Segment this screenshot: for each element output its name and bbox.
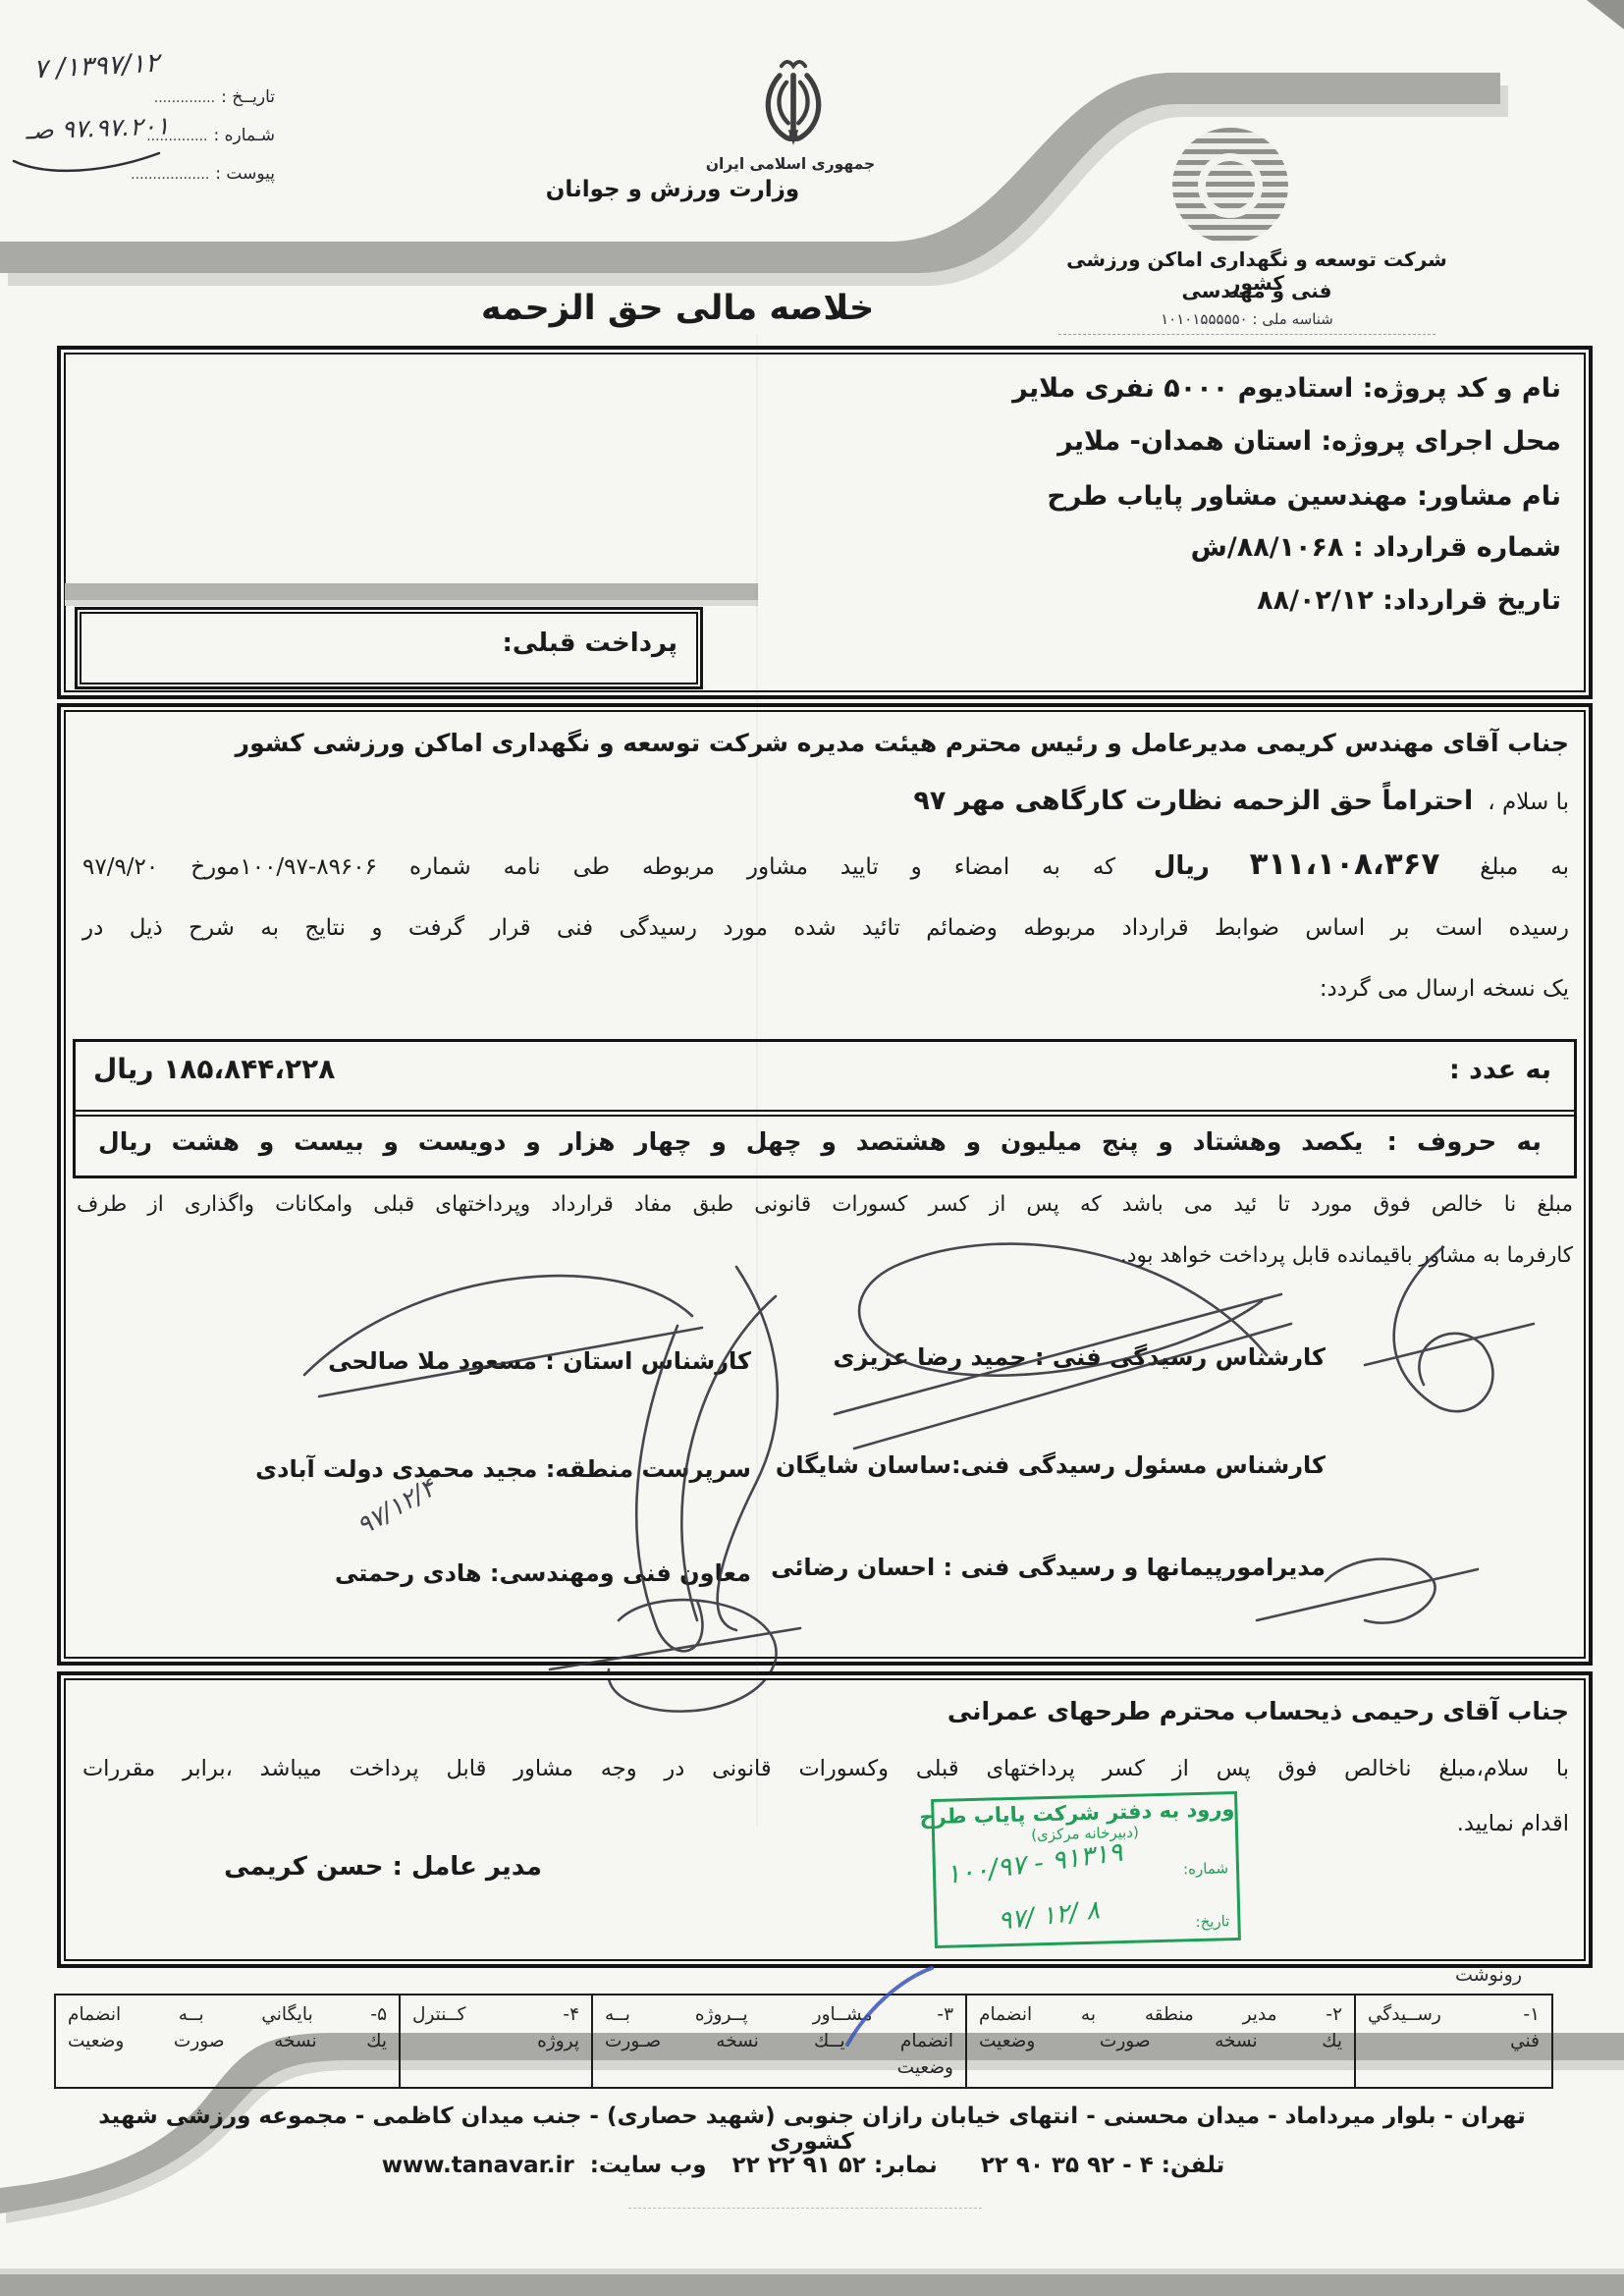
amount-words-value: یکصد وهشتاد و پنج میلیون و هشتصد و چهل و… (98, 1127, 1363, 1156)
amount-box-divider (76, 1110, 1574, 1117)
distribution-label: رونوشت (1394, 1964, 1522, 1986)
ceo-signature-line: مدیر عامل : حسن کریمی (216, 1852, 550, 1882)
stamp-date-value: ۹۷/ ۱۲/ ۸ (997, 1895, 1102, 1937)
entry-stamp: ورود به دفتر شرکت پایاب طرح (دبیرخانه مر… (931, 1791, 1241, 1948)
amount-rest: که به امضاء و تایید مشاور مربوطه طی نامه… (82, 854, 1115, 880)
blue-pen-mark (830, 1962, 947, 2050)
company-division: فنی و مهندسی (1129, 279, 1384, 302)
letter-body-line3: یک نسخه ارسال می گردد: (82, 972, 1569, 1006)
footer-phone: تلفن: ۴ - ۹۲ ۳۵ ۹۰ ۲۲ (981, 2153, 1224, 2178)
number-label: شـماره : (214, 126, 275, 145)
national-id: شناسه ملی : ۱۰۱۰۱۵۵۵۵۵۰ (1070, 310, 1424, 328)
letter-addressee: جناب آقای مهندس کریمی مدیرعامل و رئیس مح… (82, 729, 1569, 757)
handwritten-flourish (8, 147, 165, 181)
distribution-cell-5: ۵- بايگاني بــه انضمام يك نسخه صورت وضعي… (55, 1995, 400, 2088)
distribution-cell-2: ۲- مدير منطقه به انضمام يك نسخه صورت وضع… (966, 1995, 1355, 2088)
salutation-text: با سلام ، (1488, 790, 1569, 815)
distribution-cell-1: ۱- رســيدگي فني (1355, 1995, 1552, 2088)
signature-scribble (1365, 1247, 1534, 1411)
accountant-body2: اقدام نمایید. (82, 1811, 1569, 1836)
date-dots: .............. (154, 90, 215, 106)
footer-fax: نمابر: ۵۲ ۹۱ ۲۲ ۲۲ (732, 2153, 938, 2178)
globe-core (1198, 153, 1263, 218)
ministry-name: وزارت ورزش و جوانان (535, 177, 810, 202)
scanned-letter-page: تاريــخ :.............. شـماره :........… (0, 0, 1624, 2296)
accountant-body1: با سلام،مبلغ ناخالص فوق پس از کسر پرداخت… (82, 1756, 1569, 1781)
amount-figure: ۳۱۱،۱۰۸،۳۶۷ (1250, 847, 1440, 882)
emblem-inner-right (798, 82, 807, 124)
stamp-date-label: تاریخ: (1195, 1912, 1229, 1931)
distribution-cell-4: ۴- كــنترل پروژه (400, 1995, 592, 2088)
attachment-label: پيوست : (215, 164, 275, 184)
scan-corner-artifact (1587, 0, 1624, 29)
letter-salutation-line: با سلام ، احتراماً حق الزحمه نظارت کارگا… (82, 786, 1569, 816)
contract-number-line: شماره قرارداد : ۸۸/۱۰۶۸/ش (88, 532, 1561, 563)
consultant-name-line: نام مشاور: مهندسین مشاور پایاب طرح (88, 481, 1561, 512)
page-title: خلاصه مالی حق الزحمه (461, 289, 893, 328)
amount-digits-value: ۱۸۵،۸۴۴،۲۲۸ ریال (93, 1053, 335, 1085)
contract-date-line: تاریخ قرارداد: ۸۸/۰۲/۱۲ (776, 585, 1561, 616)
signature-scribble (1257, 1559, 1478, 1623)
company-globe-logo (1172, 128, 1288, 244)
amount-digits-label: به عدد : (1178, 1055, 1551, 1085)
letter-subject: احتراماً حق الزحمه نظارت کارگاهی مهر ۹۷ (913, 786, 1473, 816)
amount-sentence: به مبلغ ۳۱۱،۱۰۸،۳۶۷ ریال که به امضاء و ت… (82, 847, 1569, 882)
distribution-table: ۱- رســيدگي فني ۲- مدير منطقه به انضمام … (54, 1994, 1553, 2089)
signature-scribble (859, 1244, 1267, 1376)
amount-unit: ریال (1154, 851, 1210, 881)
project-location-line: محل اجرای پروژه: استان همدان- ملایر (88, 426, 1561, 457)
amount-prefix: به مبلغ (1480, 854, 1569, 880)
previous-payment-label: پرداخت قبلی: (98, 629, 677, 658)
footer-contacts: تلفن: ۴ - ۹۲ ۳۵ ۹۰ ۲۲ نمابر: ۵۲ ۹۱ ۲۲ ۲۲… (76, 2153, 1548, 2178)
amount-words-label: به حروف : (1386, 1127, 1542, 1157)
signature-scribble (681, 1267, 777, 1630)
letter-body-line2: رسیده است بر اساس ضوابط قرارداد مربوطه و… (82, 911, 1569, 945)
gray-divider-band (65, 583, 758, 600)
signature-scribble (304, 1276, 702, 1396)
emblem-tilde (782, 62, 805, 66)
bottom-band (0, 2274, 1624, 2296)
stamp-number-label: شماره: (1183, 1859, 1228, 1878)
gray-divider-band-shadow (65, 600, 758, 606)
distribution-row: ۱- رســيدگي فني ۲- مدير منطقه به انضمام … (55, 1995, 1552, 2088)
accountant-addressee: جناب آقای رحیمی ذیحساب محترم طرحهای عمرا… (82, 1697, 1569, 1725)
iran-emblem-icon (738, 55, 848, 157)
footer-dashed-artifact (628, 2208, 982, 2209)
handwritten-number: ۹۷.۹۷.۲۰۱ صـ (26, 111, 170, 144)
national-id-rule (1058, 334, 1435, 335)
amount-words-row: به حروف : یکصد وهشتاد و پنج میلیون و هشت… (98, 1127, 1542, 1157)
date-label: تاريــخ : (221, 87, 275, 107)
footer-address: تهران - بلوار میرداماد - میدان محسنی - ا… (76, 2104, 1548, 2155)
footer-web-label: وب سایت: (590, 2153, 707, 2178)
fold-line-artifact (756, 334, 758, 1827)
project-name-line: نام و کد پروژه: استادیوم ۵۰۰۰ نفری ملایر (88, 373, 1561, 404)
footer-website: www.tanavar.ir (382, 2153, 574, 2178)
emblem-inner-left (779, 82, 787, 124)
emblem-caption: جمهوری اسلامی ایران (687, 155, 893, 173)
